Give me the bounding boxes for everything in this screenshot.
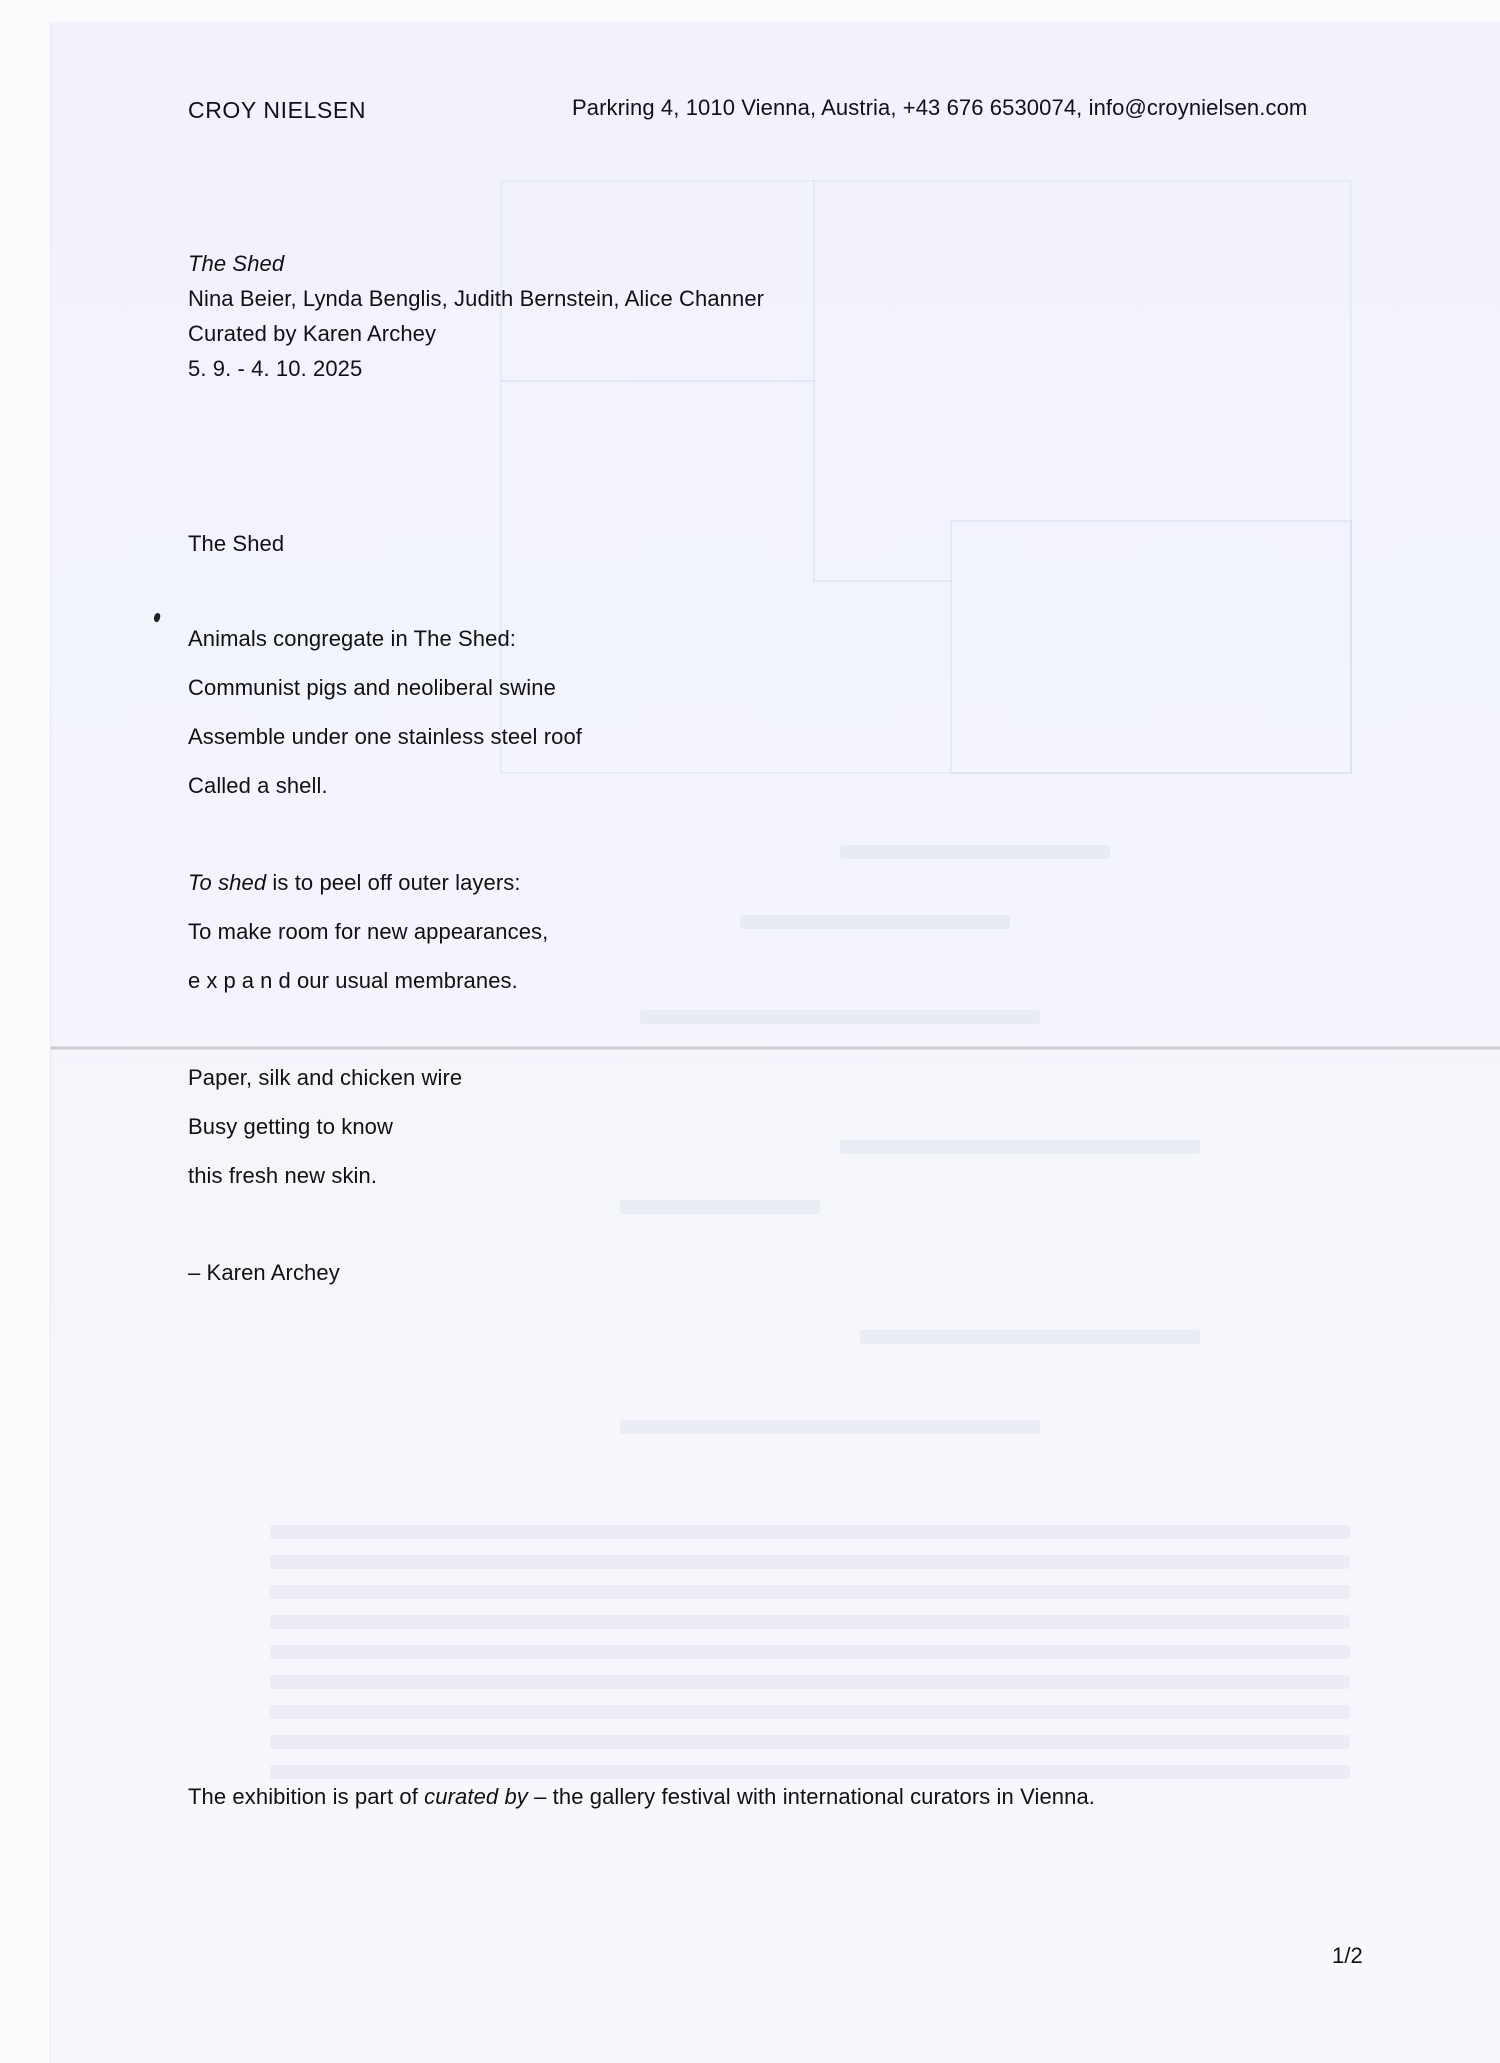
poem-italic-phrase: To shed [188, 870, 266, 895]
festival-note: The exhibition is part of curated by – t… [188, 1781, 1148, 1812]
exhibition-title: The Shed [188, 250, 284, 278]
poem-line: Called a shell. [188, 772, 328, 800]
festival-note-after: – the gallery festival with internationa… [528, 1784, 1095, 1809]
exhibition-artists: Nina Beier, Lynda Benglis, Judith Bernst… [188, 285, 764, 313]
gallery-address: Parkring 4, 1010 Vienna, Austria, +43 67… [572, 94, 1307, 122]
gallery-name: CROY NIELSEN [188, 96, 366, 124]
poem-line: Paper, silk and chicken wire [188, 1064, 462, 1092]
poem-title: The Shed [188, 530, 284, 558]
festival-name: curated by [424, 1784, 528, 1809]
poem-line-rest: our usual membranes. [291, 968, 518, 993]
festival-note-before: The exhibition is part of [188, 1784, 424, 1809]
poem-line: Animals congregate in The Shed: [188, 625, 516, 653]
exhibition-title-text: The Shed [188, 251, 284, 276]
poem-line-rest: is to peel off outer layers: [266, 870, 520, 895]
poem-line: e x p a n d our usual membranes. [188, 967, 518, 995]
poem-line: Assemble under one stainless steel roof [188, 723, 582, 751]
exhibition-dates: 5. 9. - 4. 10. 2025 [188, 355, 362, 383]
page-number: 1/2 [1332, 1942, 1363, 1970]
poem-signature: – Karen Archey [188, 1259, 340, 1287]
poem-line: Busy getting to know [188, 1113, 393, 1141]
poem-line: Communist pigs and neoliberal swine [188, 674, 556, 702]
poem-spaced-word: e x p a n d [188, 968, 291, 993]
poem-line: this fresh new skin. [188, 1162, 377, 1190]
poem-line: To make room for new appearances, [188, 918, 548, 946]
poem-line: To shed is to peel off outer layers: [188, 869, 521, 897]
exhibition-curator: Curated by Karen Archey [188, 320, 436, 348]
paper-fold-crease [51, 1045, 1500, 1051]
